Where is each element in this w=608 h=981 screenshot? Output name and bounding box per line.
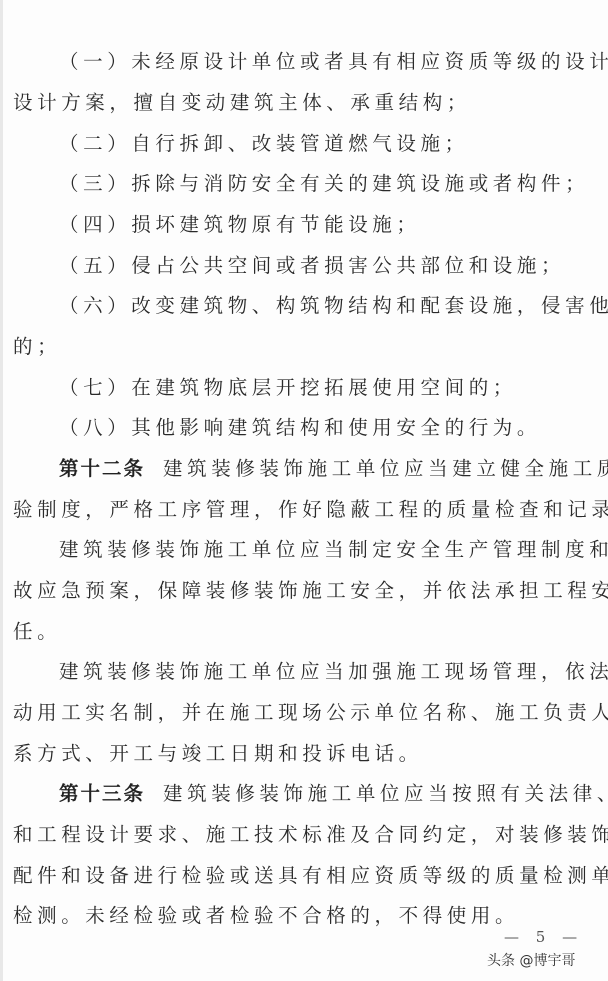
- text-line: （三）拆除与消防安全有关的建筑设施或者构件；: [59, 170, 589, 198]
- text-line: 配件和设备进行检验或送具有相应资质等级的质量检测单位进行: [13, 862, 608, 890]
- text-line: 动用工实名制，并在施工现场公示单位名称、施工负责人姓名、联: [13, 699, 608, 727]
- text-line: 系方式、开工与竣工日期和投诉电话。: [13, 740, 423, 768]
- text-line: 验制度，严格工序管理，作好隐蔽工程的质量检查和记录。: [13, 496, 608, 524]
- article-line: 第十三条建筑装修装饰施工单位应当按照有关法律、法规: [59, 780, 608, 808]
- text-line: 任。: [13, 618, 61, 646]
- text-line: （六）改变建筑物、构筑物结构和配套设施，侵害他人合法权益: [59, 292, 608, 320]
- scan-edge: [0, 0, 3, 981]
- text-line: 建筑装修装饰施工单位应当制定安全生产管理制度和安全事: [59, 536, 608, 564]
- article-heading: 第十二条: [59, 457, 145, 480]
- text-line: （八）其他影响建筑结构和使用安全的行为。: [59, 414, 541, 442]
- article-heading: 第十三条: [59, 782, 145, 805]
- article-text: 建筑装修装饰施工单位应当建立健全施工质量检: [163, 457, 608, 480]
- article-line: 第十二条建筑装修装饰施工单位应当建立健全施工质量检: [59, 455, 608, 483]
- text-line: （四）损坏建筑物原有节能设施；: [59, 211, 421, 239]
- text-line: （七）在建筑物底层开挖拓展使用空间的；: [59, 374, 517, 402]
- article-text: 建筑装修装饰施工单位应当按照有关法律、法规: [163, 782, 608, 805]
- text-line: （二）自行拆卸、改装管道燃气设施；: [59, 130, 469, 158]
- text-line: 建筑装修装饰施工单位应当加强施工现场管理，依法实施劳: [59, 658, 608, 686]
- page-number: — 5 —: [504, 928, 583, 946]
- text-line: 故应急预案，保障装修装饰施工安全，并依法承担工程安全生产责: [13, 577, 608, 605]
- text-line: 的；: [13, 333, 61, 361]
- watermark: 头条 @博宇哥: [487, 950, 575, 970]
- text-line: 设计方案，擅自变动建筑主体、承重结构；: [13, 89, 471, 117]
- text-line: 检测。未经检验或者检验不合格的，不得使用。: [13, 902, 519, 930]
- text-line: 和工程设计要求、施工技术标准及合同约定，对装修装饰材料、构: [13, 821, 608, 849]
- text-line: （一）未经原设计单位或者具有相应资质等级的设计单位提出: [59, 48, 608, 76]
- text-line: （五）侵占公共空间或者损害公共部位和设施；: [59, 252, 565, 280]
